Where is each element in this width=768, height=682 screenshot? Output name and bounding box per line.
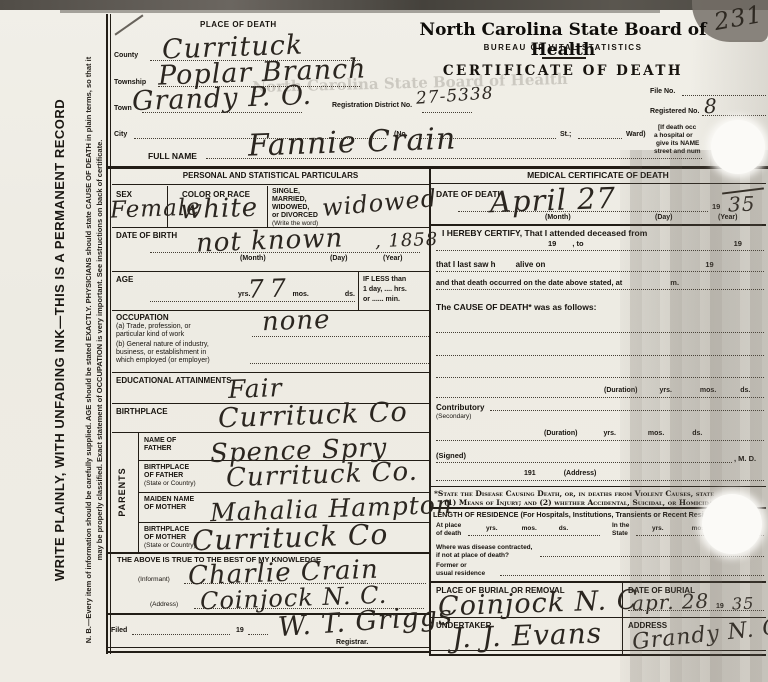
cause-duration-line: (Duration)yrs.mos.ds. — [436, 384, 764, 398]
alive-on-label: alive on — [516, 260, 546, 269]
address-label: (Address) — [564, 470, 597, 477]
occupation-a-line2: particular kind of work — [116, 331, 184, 339]
body-top-line — [106, 166, 768, 169]
margin-permanent-record-note: WRITE PLAINLY, WITH UNFADING INK—THIS IS… — [52, 30, 68, 650]
filed-year-line — [248, 621, 268, 635]
dod-year-value: 35 — [728, 194, 756, 215]
parents-label: PARENTS — [117, 432, 131, 552]
race-marital-divider — [267, 186, 268, 227]
mother-birthplace-value: Currituck Co — [192, 521, 389, 556]
father-birthplace-value: Currituck Co. — [226, 459, 419, 492]
yrs-unit: yrs. — [603, 430, 615, 437]
margin-nb-note: N. B.—Every item of information should b… — [84, 50, 106, 650]
informant-address-label: (Address) — [150, 601, 178, 608]
full-name-label: FULL NAME — [148, 152, 197, 162]
row-line — [429, 224, 766, 226]
marital-label-line3: WIDOWED, — [272, 204, 309, 212]
hospital-note-line4: street and num — [654, 148, 701, 155]
occupation-b-line2: business, or establishment in — [116, 349, 206, 357]
cause-of-death-label: The CAUSE OF DEATH* was as follows: — [436, 303, 596, 313]
town-value: Grandy P. O. — [132, 82, 313, 115]
yrs-unit: yrs. — [659, 387, 671, 394]
age-ifless-divider — [358, 271, 359, 310]
in-state-label-line2: State — [612, 530, 628, 537]
marital-label-line1: SINGLE, — [272, 188, 300, 196]
board-title: North Carolina State Board of Health — [398, 20, 728, 60]
dob-day-unit: (Day) — [330, 255, 348, 263]
to-label: , to — [572, 239, 583, 248]
mos-unit: mos. — [522, 525, 537, 532]
burial-year-value: 35 — [732, 596, 755, 613]
duration-label: (Duration) — [544, 430, 577, 437]
cause-line-3 — [436, 364, 764, 378]
registrar-label: Registrar. — [336, 639, 368, 647]
city-label: City — [114, 131, 127, 139]
hospital-note-line3: give its NAME — [656, 140, 699, 147]
occupation-b-line3: which employed (or employer) — [116, 357, 210, 365]
footnote-line2: (1) Means of Injury; and (2) whether Acc… — [444, 498, 719, 507]
mother-name-label-line1: MAIDEN NAME — [144, 496, 194, 504]
birthplace-value: Currituck Co — [218, 399, 409, 433]
occupation-b-line1: (b) General nature of industry, — [116, 341, 209, 349]
personal-title-underline — [112, 184, 429, 185]
county-label: County — [114, 52, 138, 60]
m-suffix: m. — [670, 278, 679, 287]
duration-label: (Duration) — [604, 387, 637, 394]
contracted-label-line1: Where was disease contracted, — [436, 544, 532, 551]
mother-birthplace-label-line1: BIRTHPLACE — [144, 526, 189, 534]
filed-year-prefix: 19 — [236, 627, 244, 635]
city-st-label: St.; — [560, 131, 571, 139]
if-less-line3: or ...... min. — [363, 296, 400, 304]
yrs-unit: yrs. — [486, 525, 498, 532]
registration-district-value: 27-5338 — [416, 85, 495, 107]
former-residence-line — [500, 562, 764, 576]
registered-no-value: 8 — [704, 96, 718, 116]
footnote-top-line — [429, 486, 766, 487]
birthplace-label: BIRTHPLACE — [116, 407, 168, 416]
cause-line-1 — [436, 319, 764, 333]
father-name-label-line2: FATHER — [144, 445, 171, 453]
contracted-label-line2: if not at place of death? — [436, 552, 509, 559]
city-st-line — [578, 125, 622, 139]
hospital-note-line2: a hospital or — [654, 132, 693, 139]
dod-day-unit: (Day) — [655, 214, 673, 222]
father-birthplace-label-line1: BIRTHPLACE — [144, 464, 189, 472]
cause-line-2 — [436, 342, 764, 356]
father-birthplace-hint: (State or Country) — [144, 480, 196, 487]
father-birthplace-label-line2: OF FATHER — [144, 472, 183, 480]
full-name-value: Fannie Crain — [248, 124, 457, 161]
undertaker-value: J. J. Evans — [452, 619, 603, 652]
certificate-title: CERTIFICATE OF DEATH — [398, 63, 728, 79]
contributory-duration-line: (Duration)yrs.mos.ds. — [436, 427, 764, 441]
contributory-line — [490, 397, 764, 411]
mother-birthplace-label-line2: OF MOTHER — [144, 534, 186, 542]
age-ds-unit: ds. — [345, 291, 355, 298]
mother-name-label-line2: OF MOTHER — [144, 504, 186, 512]
last-saw-text: that I last saw h — [436, 260, 496, 269]
year-19: 19 — [734, 239, 742, 248]
mother-birthplace-hint: (State or Country) — [144, 542, 196, 549]
form-left-border-outer — [106, 14, 108, 654]
city-ward-label: Ward) — [626, 131, 646, 139]
ds-unit: ds. — [692, 430, 702, 437]
dob-year-unit: (Year) — [383, 255, 402, 263]
secondary-label: (Secondary) — [436, 413, 471, 420]
in-state-label-line1: In the — [612, 522, 629, 529]
father-name-label-line1: NAME OF — [144, 437, 176, 445]
last-saw-line: that I last saw halive on19 — [436, 258, 764, 272]
dod-year-prefix: 19 — [712, 203, 720, 212]
bottom-line-right-2 — [429, 654, 766, 656]
at-place-label-line1: At place — [436, 522, 461, 529]
burial-top-line — [429, 581, 766, 583]
signed-line: (Signed) — [436, 449, 732, 463]
occupation-a-line1: (a) Trade, profession, or — [116, 323, 191, 331]
education-label: EDUCATIONAL ATTAINMENTS — [116, 376, 232, 385]
date-of-burial-value: apr. 28 — [632, 591, 710, 614]
scan-white-blob-top — [711, 120, 765, 174]
if-less-line1: IF LESS than — [363, 276, 406, 284]
registration-district-label: Registration District No. — [332, 102, 412, 110]
place-of-death-label: PLACE OF DEATH — [200, 20, 277, 29]
contributory-label: Contributory — [436, 403, 484, 412]
burial-year-prefix: 19 — [716, 603, 724, 611]
medical-section-title: MEDICAL CERTIFICATE OF DEATH — [430, 170, 766, 180]
death-occurred-text: and that death occurred on the date abov… — [436, 278, 622, 287]
occupation-a-value: none — [262, 307, 331, 335]
town-label: Town — [114, 105, 132, 113]
informant-label: (Informant) — [138, 576, 170, 583]
signed-date-address-line: 191(Address) — [436, 467, 764, 481]
age-mos-unit: mos. — [292, 291, 308, 298]
marital-label-line2: MARRIED, — [272, 196, 307, 204]
former-label-line2: usual residence — [436, 570, 485, 577]
mos-unit: mos. — [648, 430, 664, 437]
registered-no-label: Registered No. — [650, 108, 699, 116]
attended-from-line: 19, to19 — [436, 237, 764, 251]
marital-label-line4: or DIVORCED — [272, 212, 318, 220]
filed-date-line — [132, 621, 230, 635]
year-191: 191 — [524, 470, 536, 477]
at-place-label-line2: of death — [436, 530, 461, 537]
date-of-birth-year-value: , 1858 — [375, 231, 439, 251]
mos-unit: mos. — [700, 387, 716, 394]
file-no-label: File No. — [650, 88, 675, 96]
date-of-birth-value: not known — [196, 225, 344, 256]
footnote-line1: *State the Disease Causing Death, or, in… — [434, 489, 714, 498]
date-of-birth-label: DATE OF BIRTH — [116, 231, 177, 240]
death-certificate-scan: 231 North Carolina State Board of Health… — [0, 0, 768, 682]
hospital-note-line1: [If death occ — [658, 124, 696, 131]
race-value: white — [180, 195, 259, 224]
death-occurred-line: and that death occurred on the date abov… — [436, 276, 764, 290]
yrs-unit: yrs. — [652, 525, 664, 532]
scan-top-band-fray — [60, 10, 660, 13]
year-19: 19 — [705, 260, 713, 269]
year-19: 19 — [548, 239, 556, 248]
if-less-line2: 1 day, .... hrs. — [363, 286, 407, 294]
age-value: 77 — [248, 275, 293, 302]
scan-white-blob-middle — [702, 494, 762, 554]
form-left-border-inner — [110, 14, 111, 654]
occupation-b-line — [250, 350, 429, 364]
occupation-label: OCCUPATION — [116, 313, 169, 322]
scan-top-band — [0, 0, 768, 10]
education-value: Fair — [228, 375, 283, 402]
ink-stroke — [115, 14, 144, 35]
date-of-death-value: April 27 — [490, 184, 617, 217]
row-line — [112, 271, 429, 272]
bottom-line-left — [106, 647, 429, 648]
former-label-line1: Former or — [436, 562, 467, 569]
file-no-line — [682, 82, 766, 96]
filed-label: Filed — [111, 627, 127, 635]
residence-title: LENGTH OF RESIDENCE (For Hospitals, Inst… — [433, 511, 725, 519]
ds-unit: ds. — [740, 387, 750, 394]
bureau-subtitle: BUREAU OF VITAL STATISTICS — [398, 43, 728, 52]
md-label: , M. D. — [734, 455, 756, 464]
certify-text: I HEREBY CERTIFY, That I attended deceas… — [442, 229, 647, 239]
ds-unit: ds. — [559, 525, 568, 532]
personal-section-title: PERSONAL AND STATISTICAL PARTICULARS — [112, 171, 429, 180]
bottom-line-left-2 — [106, 651, 429, 653]
place-of-burial-value: Coinjock N. C — [438, 587, 639, 621]
marital-value: widowed — [321, 186, 438, 220]
at-place-line: yrs.mos.ds. — [468, 522, 600, 536]
signed-label: (Signed) — [436, 451, 466, 460]
age-label: AGE — [116, 275, 133, 284]
